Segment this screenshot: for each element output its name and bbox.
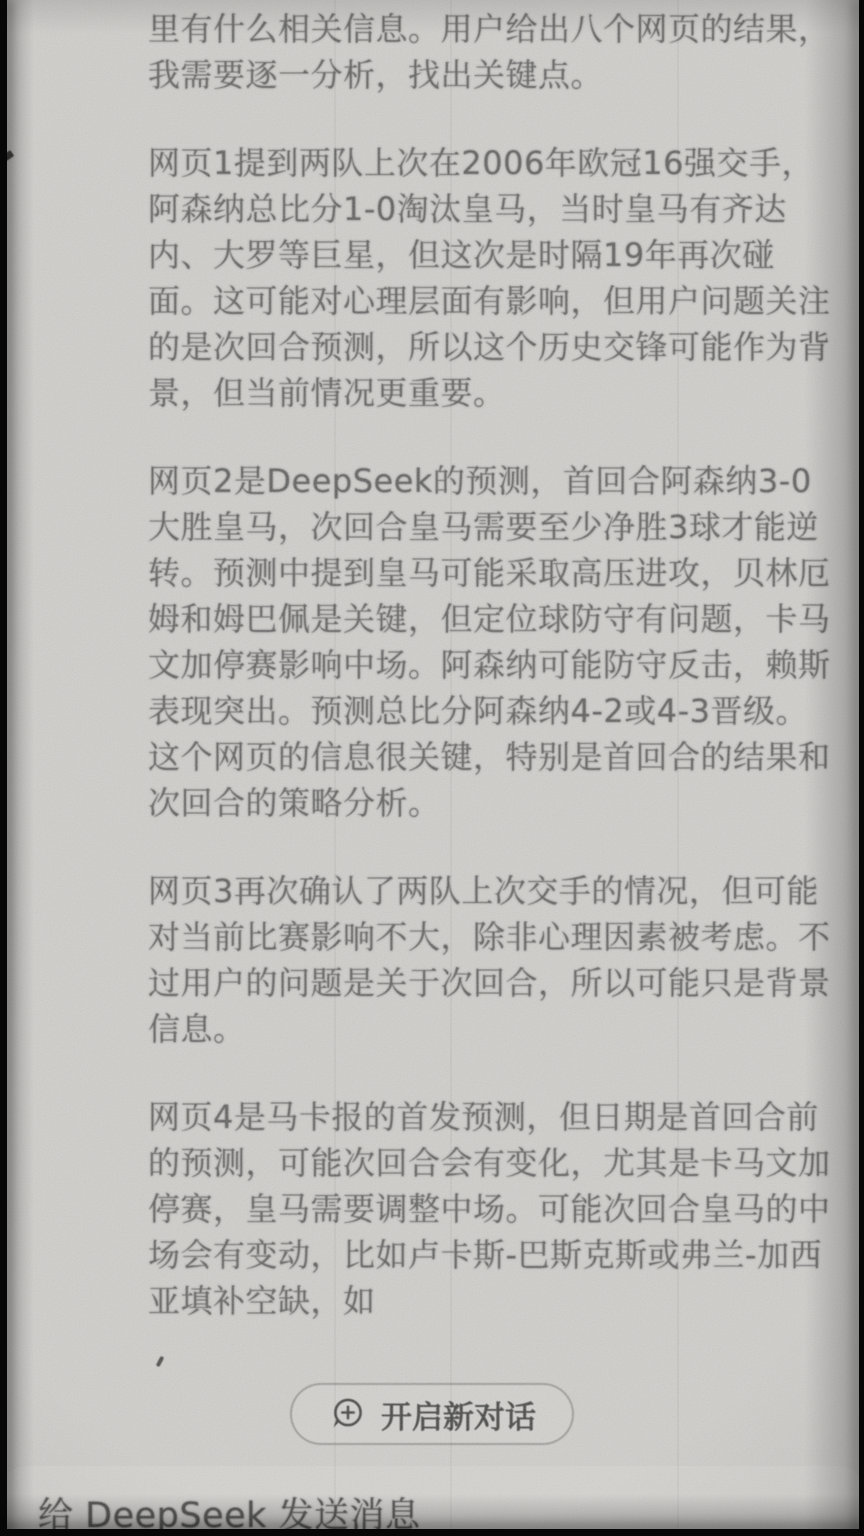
new-chat-button-label: 开启新对话 bbox=[381, 1392, 536, 1437]
screen-edge-left bbox=[0, 0, 7, 1536]
reasoning-paragraph-intro: 里有什么相关信息。用户给出八个网页的结果，我需要逐一分析，找出关键点。 bbox=[148, 6, 836, 98]
photo-seam-artifact bbox=[334, 0, 336, 1536]
reasoning-paragraph-webpage1: 网页1提到两队上次在2006年欧冠16强交手，阿森纳总比分1-0淘汰皇马，当时皇… bbox=[148, 140, 836, 416]
reasoning-paragraph-webpage4: 网页4是马卡报的首发预测，但日期是首回合前的预测，可能次回合会有变化，尤其是卡马… bbox=[148, 1094, 836, 1324]
photo-seam-artifact bbox=[450, 0, 452, 1536]
reasoning-output: 里有什么相关信息。用户给出八个网页的结果，我需要逐一分析，找出关键点。 网页1提… bbox=[148, 6, 836, 1366]
screen-edge-right bbox=[859, 0, 864, 1536]
dust-speck-artifact bbox=[3, 150, 14, 161]
message-input[interactable]: 给 DeepSeek 发送消息 bbox=[0, 1466, 864, 1536]
phone-screen: 里有什么相关信息。用户给出八个网页的结果，我需要逐一分析，找出关键点。 网页1提… bbox=[0, 0, 864, 1536]
reasoning-paragraph-webpage3: 网页3再次确认了两队上次交手的情况，但可能对当前比赛影响不大，除非心理因素被考虑… bbox=[148, 868, 836, 1052]
new-chat-button[interactable]: 开启新对话 bbox=[290, 1383, 574, 1445]
photo-seam-artifact bbox=[677, 0, 679, 1536]
reasoning-paragraph-webpage2: 网页2是DeepSeek的预测，首回合阿森纳3-0大胜皇马，次回合皇马需要至少净… bbox=[148, 458, 836, 826]
message-input-placeholder: 给 DeepSeek 发送消息 bbox=[38, 1488, 421, 1536]
